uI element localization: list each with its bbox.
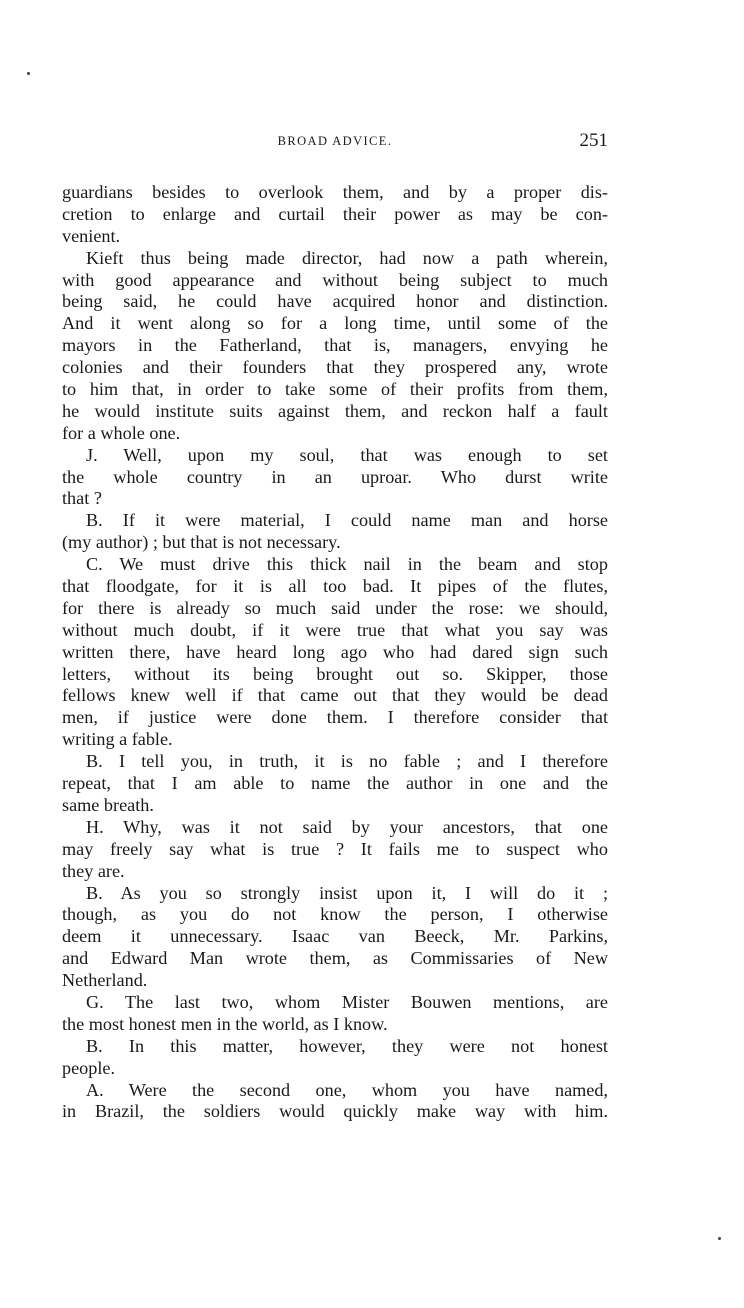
text-line: J. Well, upon my soul, that was enough t… [62,445,608,467]
text-line: in Brazil, the soldiers would quickly ma… [62,1101,608,1123]
text-line: B. In this matter, however, they were no… [62,1036,608,1058]
text-line: repeat, that I am able to name the autho… [62,773,608,795]
text-line: colonies and their founders that they pr… [62,357,608,379]
text-line: for there is already so much said under … [62,598,608,620]
text-line: to him that, in order to take some of th… [62,379,608,401]
text-line: he would institute suits against them, a… [62,401,608,423]
text-line: same breath. [62,795,608,817]
scan-speck [718,1237,721,1240]
text-line: men, if justice were done them. I theref… [62,707,608,729]
text-line: fellows knew well if that came out that … [62,685,608,707]
text-line: mayors in the Fatherland, that is, manag… [62,335,608,357]
text-line: the whole country in an uproar. Who durs… [62,467,608,489]
text-line: without much doubt, if it were true that… [62,620,608,642]
text-line: people. [62,1058,608,1080]
running-title: BROAD ADVICE. [62,134,608,149]
text-line: A. Were the second one, whom you have na… [62,1080,608,1102]
body-text: guardians besides to overlook them, and … [62,182,608,1123]
text-line: cretion to enlarge and curtail their pow… [62,204,608,226]
book-page: BROAD ADVICE. 251 guardians besides to o… [62,130,608,1123]
text-line: they are. [62,861,608,883]
text-line: for a whole one. [62,423,608,445]
text-line: Netherland. [62,970,608,992]
text-line: B. I tell you, in truth, it is no fable … [62,751,608,773]
text-line: (my author) ; but that is not necessary. [62,532,608,554]
page-number: 251 [580,130,609,152]
text-line: guardians besides to overlook them, and … [62,182,608,204]
text-line: Kieft thus being made director, had now … [62,248,608,270]
text-line: And it went along so for a long time, un… [62,313,608,335]
text-line: writing a fable. [62,729,608,751]
text-line: may freely say what is true ? It fails m… [62,839,608,861]
text-line: and Edward Man wrote them, as Commissari… [62,948,608,970]
text-line: written there, have heard long ago who h… [62,642,608,664]
text-line: venient. [62,226,608,248]
text-line: the most honest men in the world, as I k… [62,1014,608,1036]
scan-speck [27,72,30,75]
text-line: that ? [62,488,608,510]
text-line: B. If it were material, I could name man… [62,510,608,532]
text-line: letters, without its being brought out s… [62,664,608,686]
text-line: C. We must drive this thick nail in the … [62,554,608,576]
text-line: G. The last two, whom Mister Bouwen ment… [62,992,608,1014]
text-line: that floodgate, for it is all too bad. I… [62,576,608,598]
running-head: BROAD ADVICE. 251 [62,130,608,160]
text-line: H. Why, was it not said by your ancestor… [62,817,608,839]
text-line: B. As you so strongly insist upon it, I … [62,883,608,905]
text-line: though, as you do not know the person, I… [62,904,608,926]
text-line: being said, he could have acquired honor… [62,291,608,313]
text-line: deem it unnecessary. Isaac van Beeck, Mr… [62,926,608,948]
text-line: with good appearance and without being s… [62,270,608,292]
